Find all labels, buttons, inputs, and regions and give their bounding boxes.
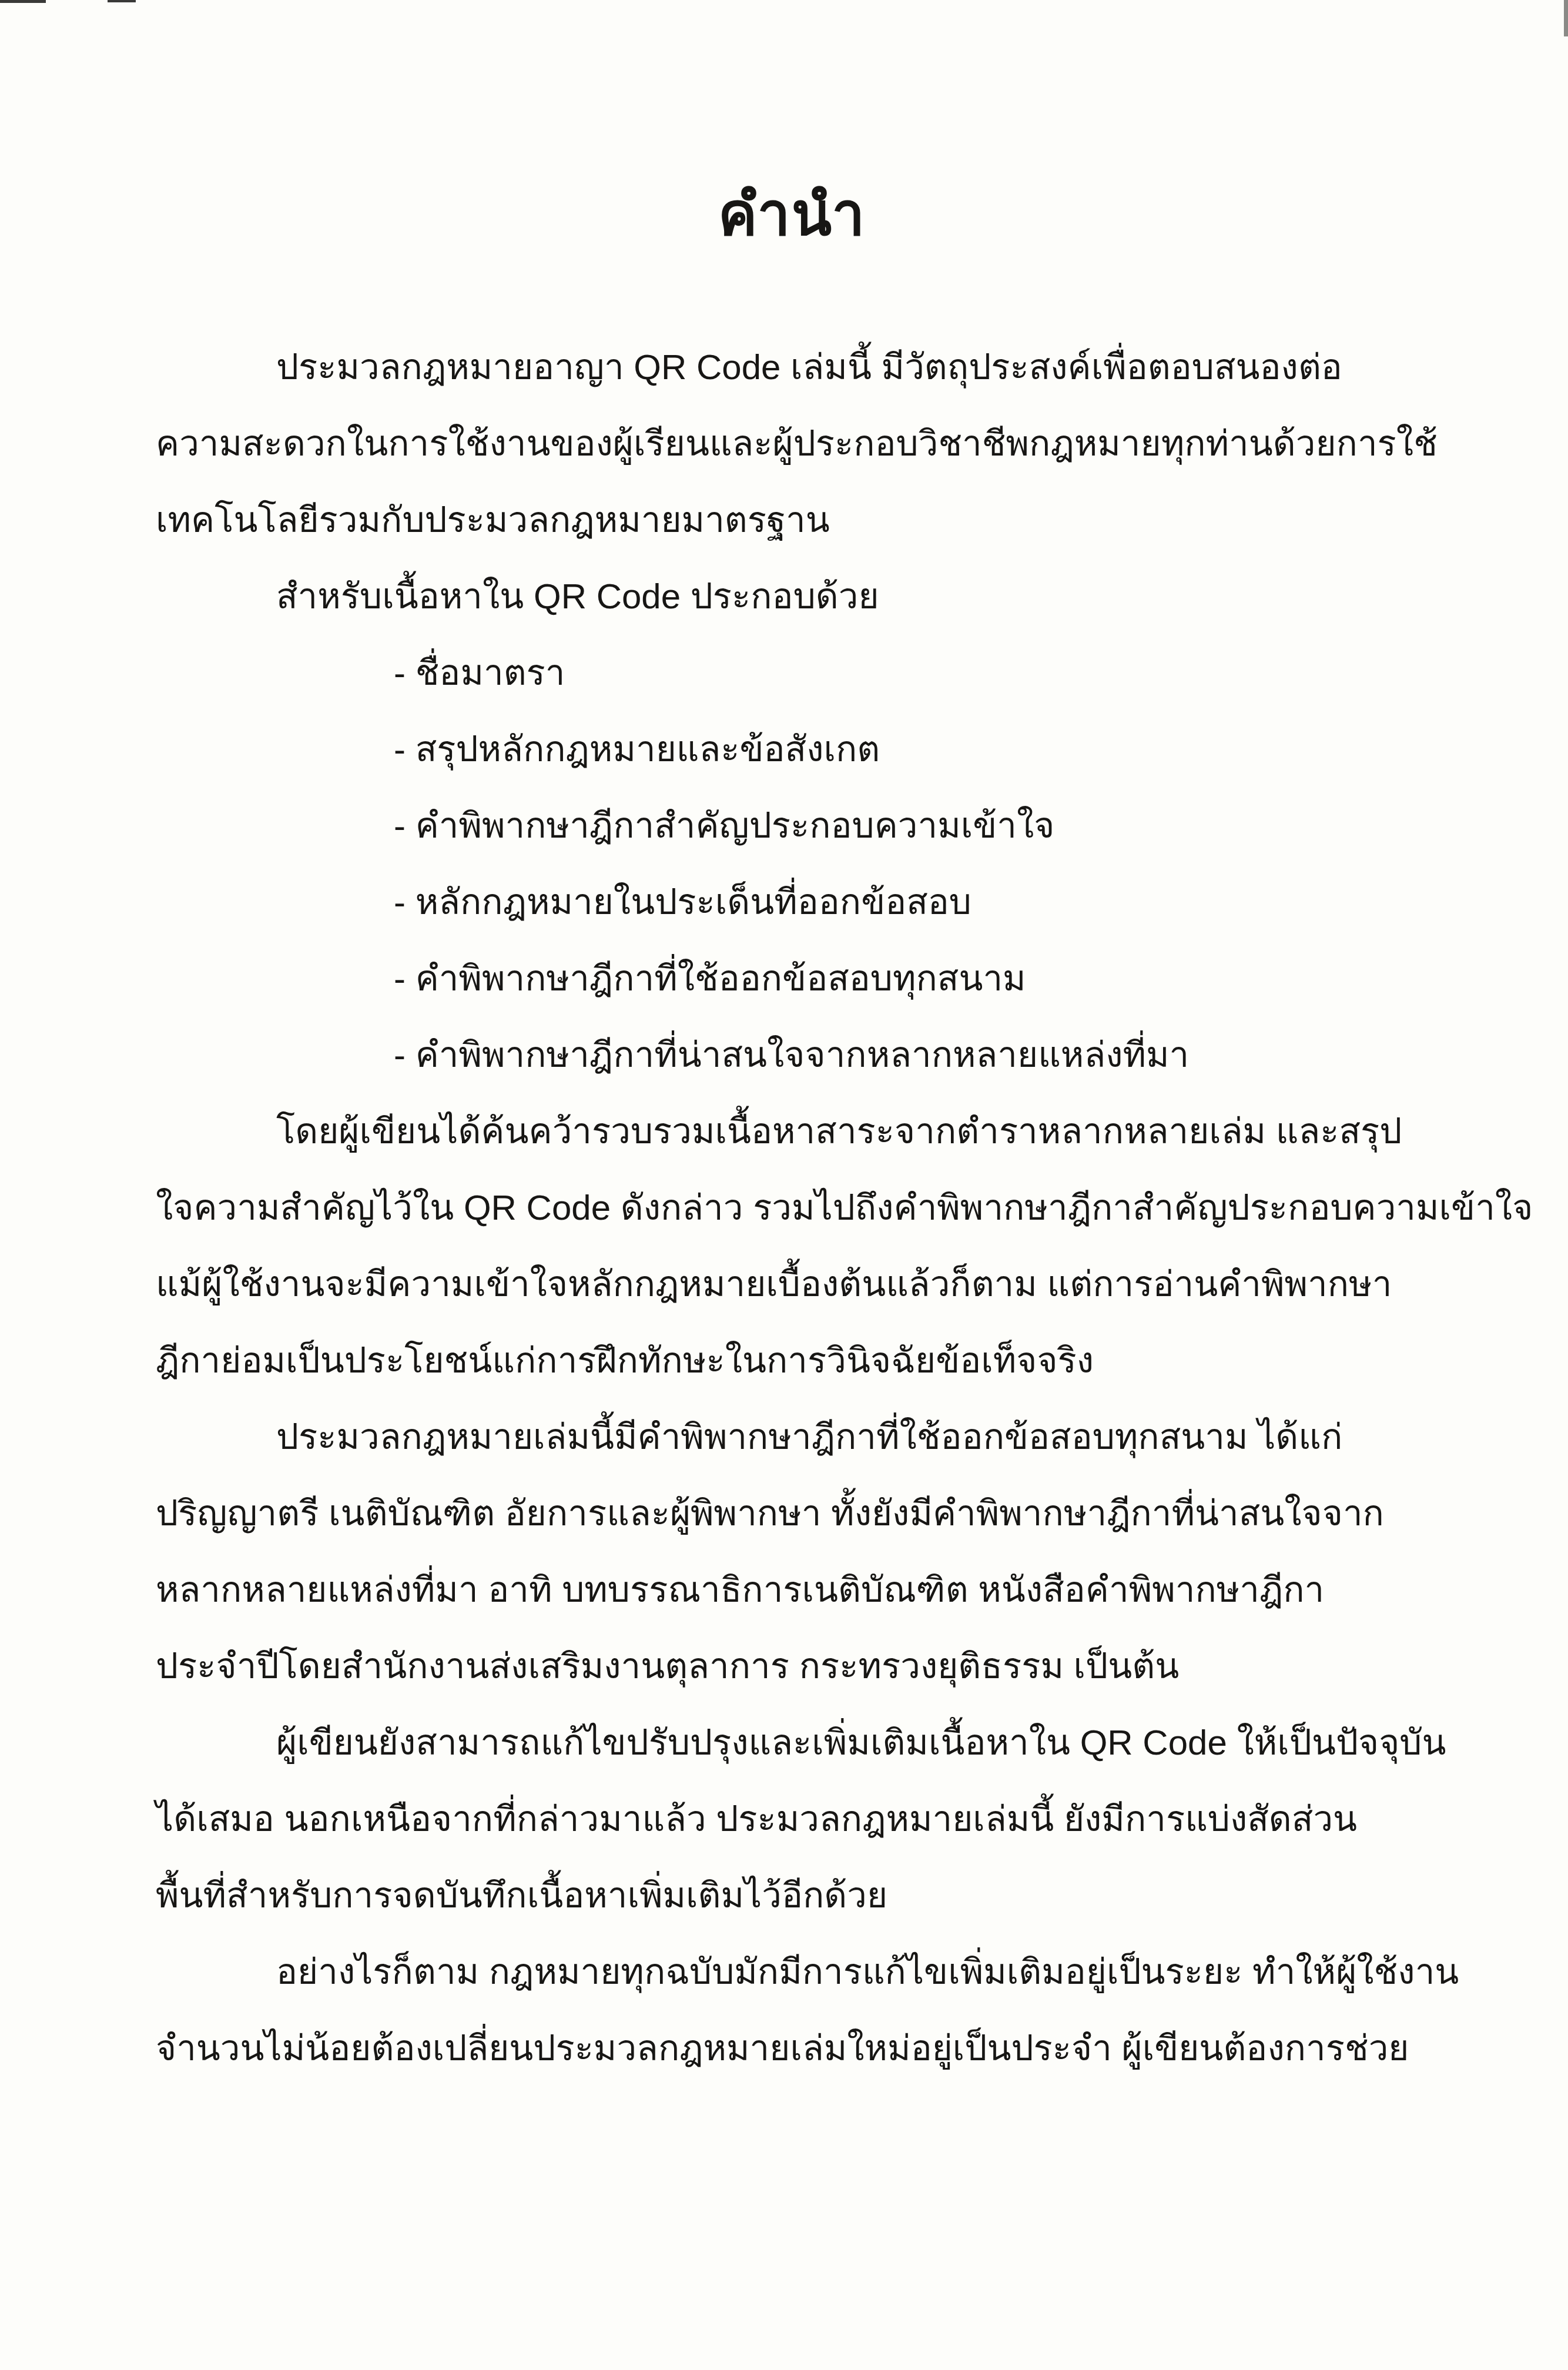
scan-artifact [1564,0,1568,36]
text-line: ได้เสมอ นอกเหนือจากที่กล่าวมาแล้ว ประมวล… [156,1781,1428,1857]
text-line: ฎีกาย่อมเป็นประโยชน์แก่การฝึกทักษะในการว… [156,1323,1428,1399]
text-line: พื้นที่สำหรับการจดบันทึกเนื้อหาเพิ่มเติม… [156,1857,1428,1934]
bullet-line: - คำพิพากษาฎีกาที่ใช้ออกข้อสอบทุกสนาม [156,940,1428,1017]
text-line: เทคโนโลยีรวมกับประมวลกฎหมายมาตรฐาน [156,482,1428,558]
paragraph: ประมวลกฎหมายเล่มนี้มีคำพิพากษาฎีกาที่ใช้… [156,1399,1428,1705]
text-line: ประมวลกฎหมายอาญา QR Code เล่มนี้ มีวัตถุ… [156,329,1428,406]
page-content: คำนำ ประมวลกฎหมายอาญา QR Code เล่มนี้ มี… [156,168,1428,2087]
paragraph: ประมวลกฎหมายอาญา QR Code เล่มนี้ มีวัตถุ… [156,329,1428,558]
scanned-document-page: คำนำ ประมวลกฎหมายอาญา QR Code เล่มนี้ มี… [0,0,1568,2370]
text-line: สำหรับเนื้อหาใน QR Code ประกอบด้วย [156,558,1428,635]
text-line: ปริญญาตรี เนติบัณฑิต อัยการและผู้พิพากษา… [156,1475,1428,1552]
paragraph: ผู้เขียนยังสามารถแก้ไขปรับปรุงและเพิ่มเต… [156,1705,1428,1934]
bullet-line: - สรุปหลักกฎหมายและข้อสังเกต [156,711,1428,788]
text-line: หลากหลายแหล่งที่มา อาทิ บทบรรณาธิการเนติ… [156,1552,1428,1628]
text-line: ใจความสำคัญไว้ใน QR Code ดังกล่าว รวมไปถ… [156,1170,1428,1246]
bullet-line: - คำพิพากษาฎีกาสำคัญประกอบความเข้าใจ [156,788,1428,864]
paragraph: โดยผู้เขียนได้ค้นคว้ารวบรวมเนื้อหาสาระจา… [156,1093,1428,1399]
scan-artifact [0,0,46,3]
bullet-line: - ชื่อมาตรา [156,635,1428,711]
bullet-list: - ชื่อมาตรา - สรุปหลักกฎหมายและข้อสังเกต… [156,635,1428,1093]
text-line: จำนวนไม่น้อยต้องเปลี่ยนประมวลกฎหมายเล่มใ… [156,2010,1428,2087]
list-intro: สำหรับเนื้อหาใน QR Code ประกอบด้วย [156,558,1428,635]
text-line: ความสะดวกในการใช้งานของผู้เรียนและผู้ประ… [156,406,1428,482]
text-line: อย่างไรก็ตาม กฎหมายทุกฉบับมักมีการแก้ไขเ… [156,1934,1428,2010]
text-line: ประจำปีโดยสำนักงานส่งเสริมงานตุลาการ กระ… [156,1628,1428,1705]
paragraph: อย่างไรก็ตาม กฎหมายทุกฉบับมักมีการแก้ไขเ… [156,1934,1428,2087]
page-title: คำนำ [156,168,1428,262]
text-line: โดยผู้เขียนได้ค้นคว้ารวบรวมเนื้อหาสาระจา… [156,1093,1428,1170]
text-line: แม้ผู้ใช้งานจะมีความเข้าใจหลักกฎหมายเบื้… [156,1246,1428,1323]
scan-artifact [108,0,136,2]
bullet-line: - หลักกฎหมายในประเด็นที่ออกข้อสอบ [156,864,1428,940]
bullet-line: - คำพิพากษาฎีกาที่น่าสนใจจากหลากหลายแหล่… [156,1017,1428,1093]
text-line: ประมวลกฎหมายเล่มนี้มีคำพิพากษาฎีกาที่ใช้… [156,1399,1428,1475]
text-line: ผู้เขียนยังสามารถแก้ไขปรับปรุงและเพิ่มเต… [156,1705,1428,1781]
